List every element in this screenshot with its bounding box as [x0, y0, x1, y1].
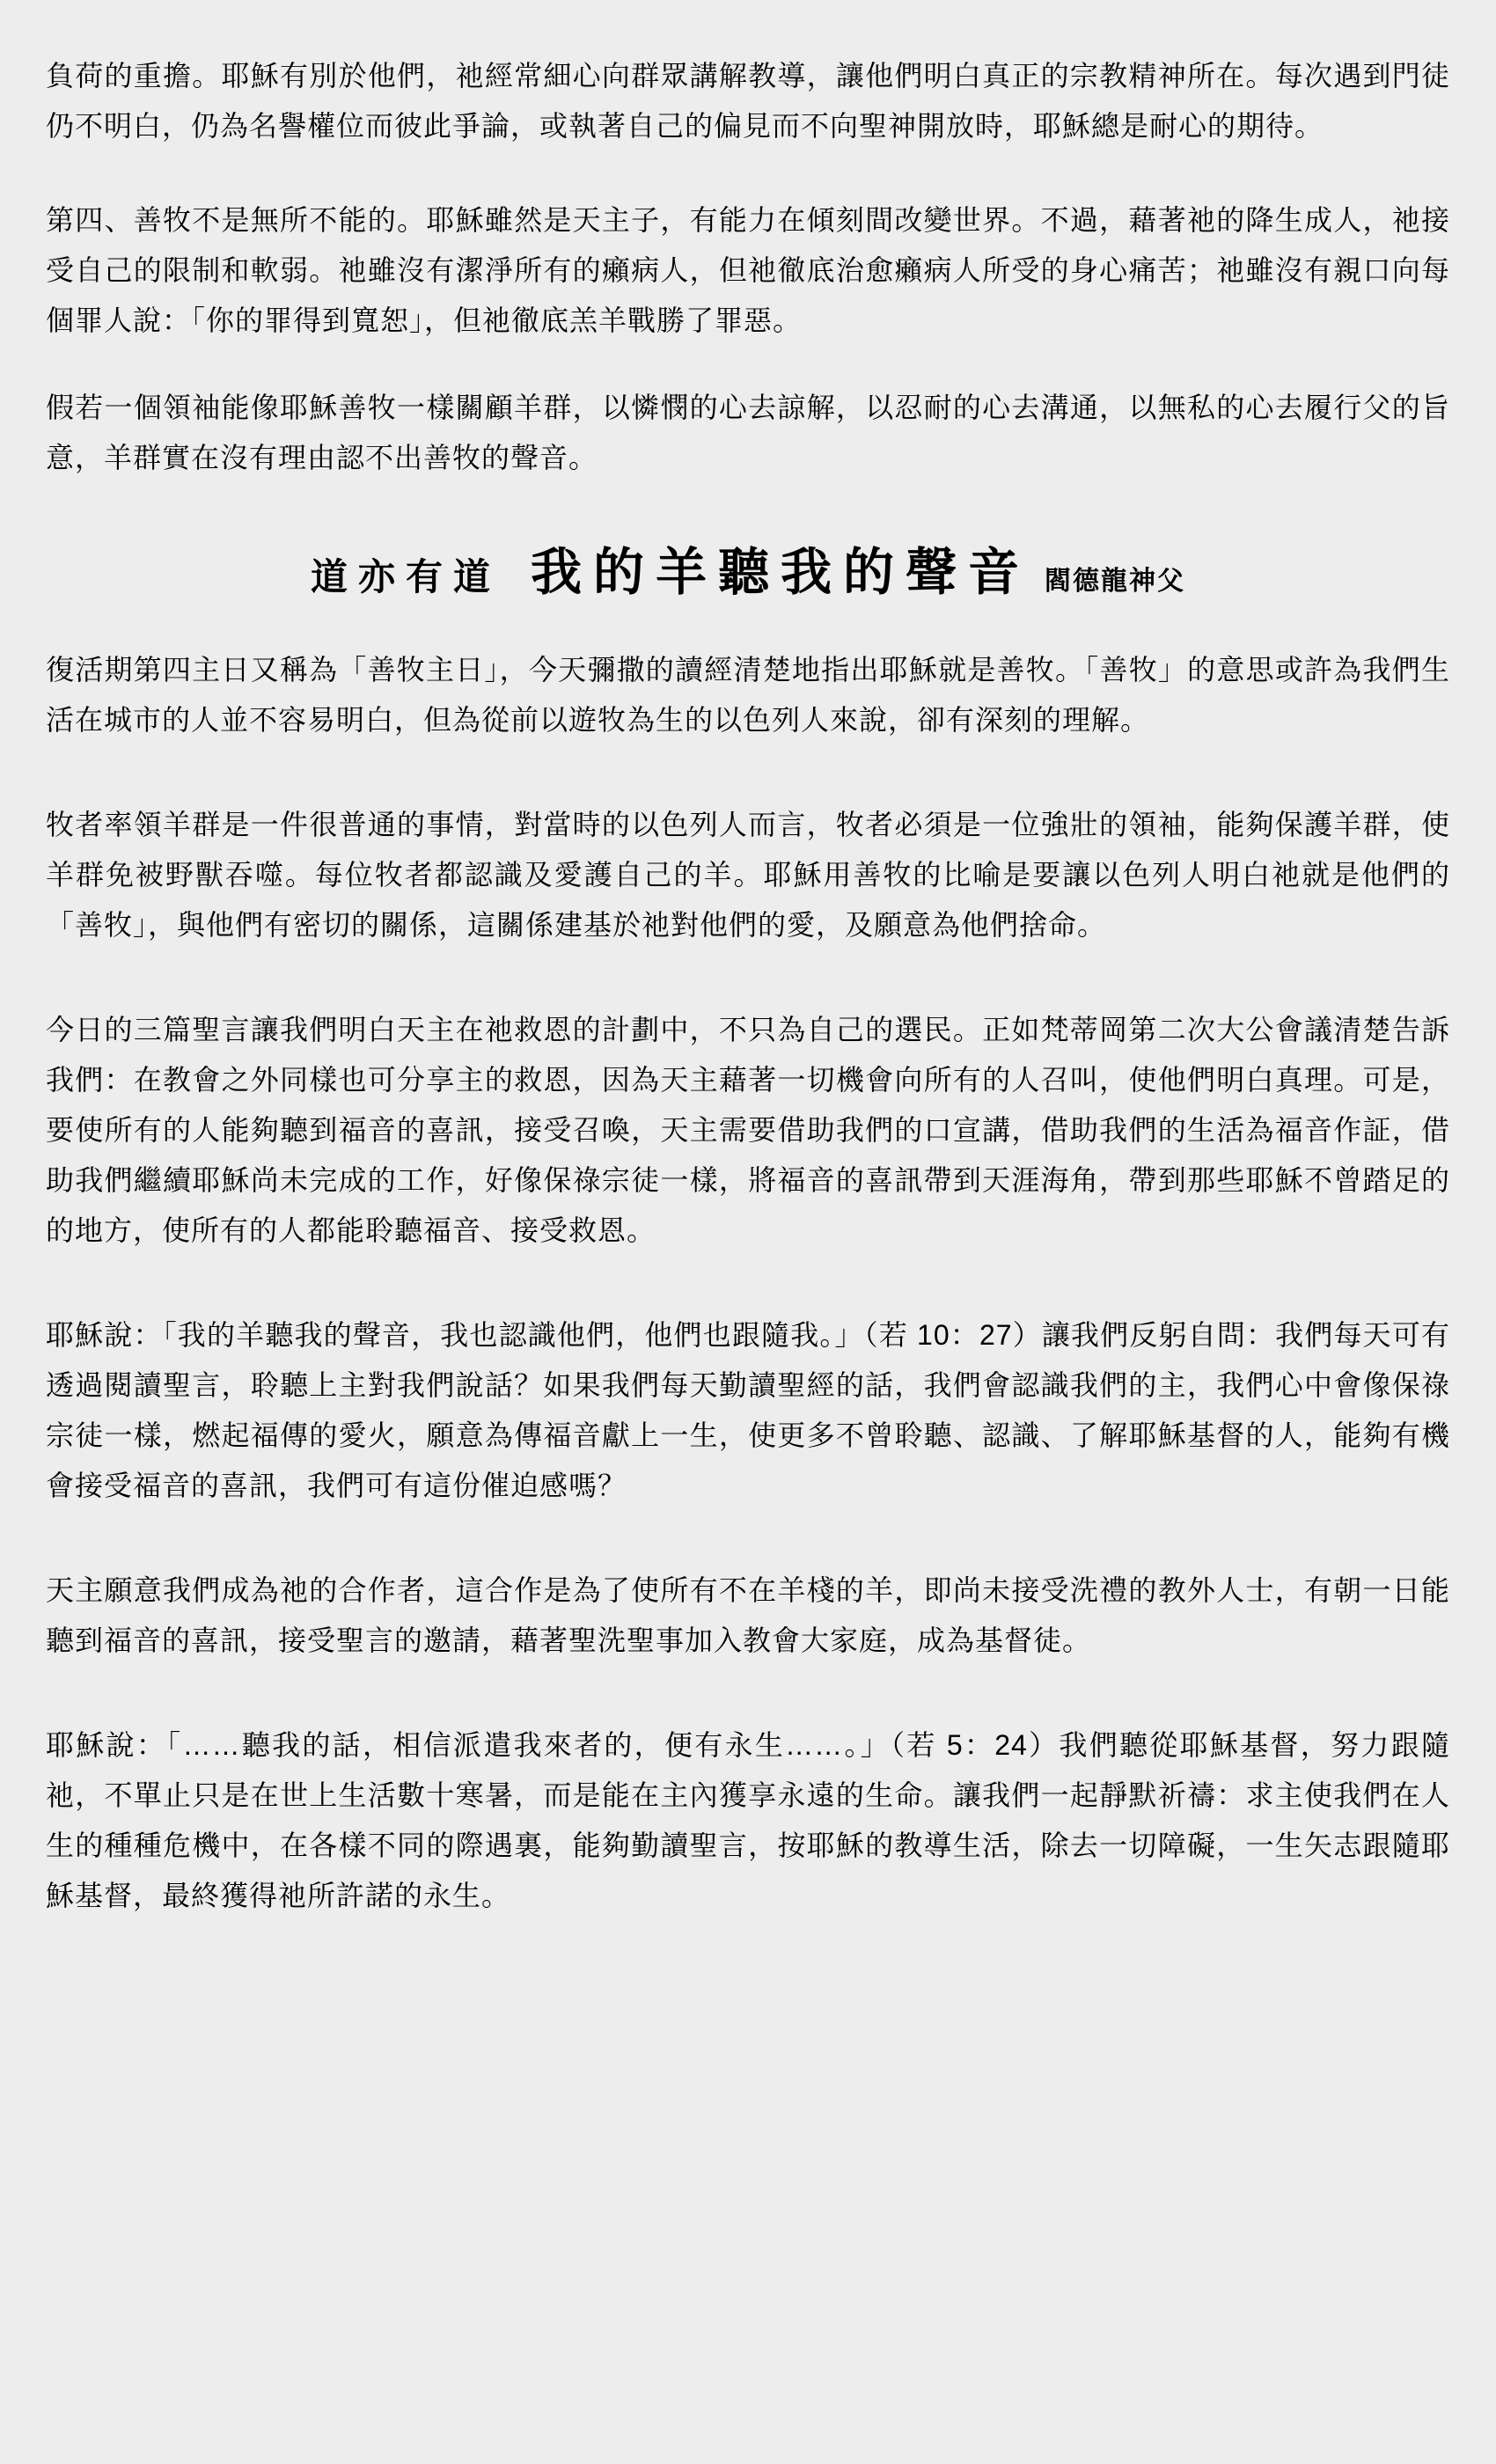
- article-title: 我的羊聽我的聲音: [531, 531, 1030, 605]
- body-paragraph-3: 今日的三篇聖言讓我們明白天主在祂救恩的計劃中，不只為自己的選民。正如梵蒂岡第二次…: [46, 1005, 1450, 1256]
- body-paragraph-2: 牧者率領羊群是一件很普通的事情，對當時的以色列人而言，牧者必須是一位強壯的領袖，…: [46, 800, 1450, 950]
- intro-paragraph-3: 假若一個領袖能像耶穌善牧一樣關顧羊群，以憐憫的心去諒解，以忍耐的心去溝通，以無私…: [46, 383, 1450, 483]
- body-paragraph-4: 耶穌說：「我的羊聽我的聲音，我也認識他們，他們也跟隨我。」（若 10：27）讓我…: [46, 1310, 1450, 1511]
- author-name: 閻德龍神父: [1045, 559, 1185, 598]
- column-title: 道亦有道: [311, 548, 501, 601]
- article-heading: 道亦有道 我的羊聽我的聲音 閻德龍神父: [46, 531, 1450, 605]
- intro-paragraph-2: 第四、善牧不是無所不能的。耶穌雖然是天主子，有能力在傾刻間改變世界。不過，藉著祂…: [46, 195, 1450, 346]
- body-paragraph-5: 天主願意我們成為祂的合作者，這合作是為了使所有不在羊棧的羊，即尚未接受洗禮的教外…: [46, 1566, 1450, 1666]
- intro-paragraph-1: 負荷的重擔。耶穌有別於他們，祂經常細心向群眾講解教導，讓他們明白真正的宗教精神所…: [46, 51, 1450, 151]
- body-paragraph-6: 耶穌說：「……聽我的話，相信派遣我來者的，便有永生……。」（若 5：24）我們聽…: [46, 1720, 1450, 1921]
- body-paragraph-1: 復活期第四主日又稱為「善牧主日」，今天彌撒的讀經清楚地指出耶穌就是善牧。「善牧」…: [46, 645, 1450, 745]
- document-page: 負荷的重擔。耶穌有別於他們，祂經常細心向群眾講解教導，讓他們明白真正的宗教精神所…: [0, 0, 1496, 2464]
